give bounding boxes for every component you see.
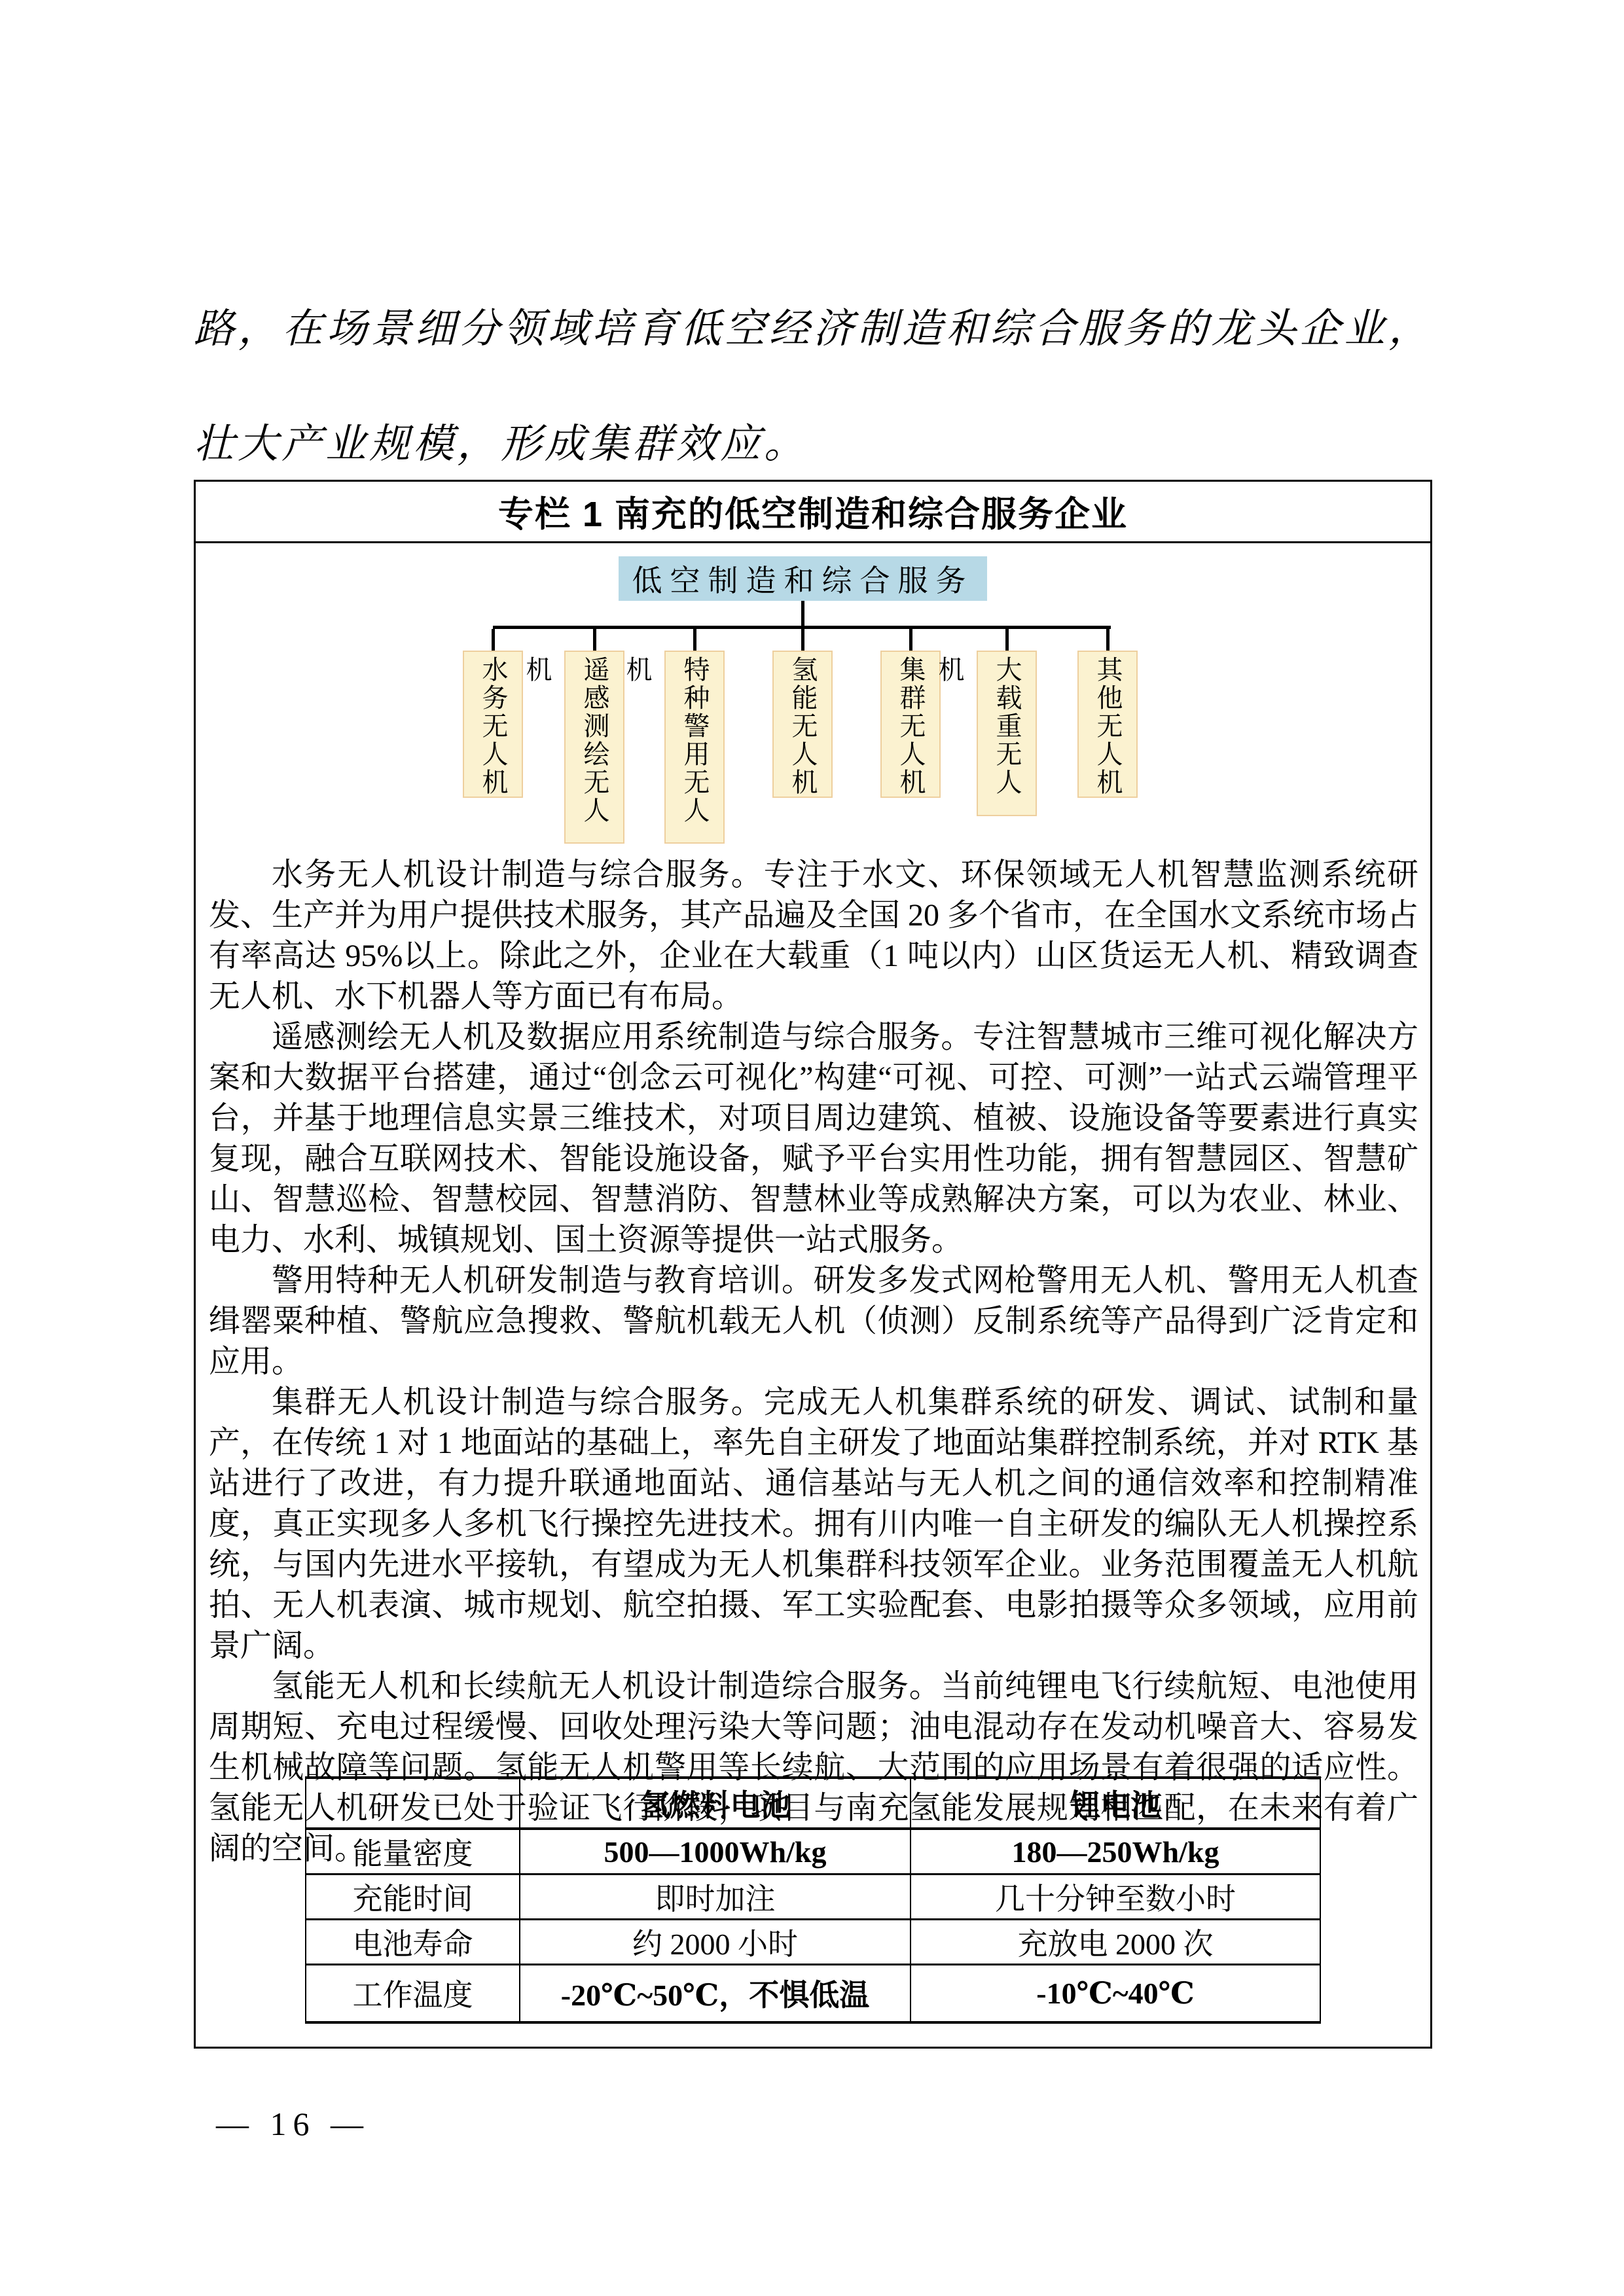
connector-line bbox=[909, 629, 912, 651]
table-row: 工作温度 -20℃~50℃，不惧低温 -10℃~40℃ bbox=[306, 1965, 1320, 2022]
table-cell: 180—250Wh/kg bbox=[911, 1829, 1320, 1874]
row-label: 能量密度 bbox=[306, 1829, 520, 1874]
row-label: 工作温度 bbox=[306, 1965, 520, 2022]
org-chart-root-box: 低空制造和综合服务 bbox=[619, 556, 987, 601]
battery-comparison-table: 氢燃料电池 锂电池 能量密度 500—1000Wh/kg 180—250Wh/k… bbox=[305, 1776, 1321, 2024]
table-cell: -10℃~40℃ bbox=[911, 1965, 1320, 2022]
connector-line bbox=[693, 629, 696, 651]
org-chart-child-box: 大载重无人机 bbox=[977, 651, 1037, 816]
body-paragraph: 水务无人机设计制造与综合服务。专注于水文、环保领域无人机智慧监测系统研发、生产并… bbox=[209, 855, 1418, 1017]
connector-line bbox=[801, 629, 804, 651]
table-cell: -20℃~50℃，不惧低温 bbox=[520, 1965, 911, 2022]
table-cell: 约 2000 小时 bbox=[520, 1920, 911, 1965]
connector-line bbox=[492, 629, 495, 651]
connector-line bbox=[1106, 629, 1110, 651]
panel-body: 水务无人机设计制造与综合服务。专注于水文、环保领域无人机智慧监测系统研发、生产并… bbox=[209, 855, 1418, 1869]
page-number: — 16 — bbox=[216, 2105, 370, 2143]
column-panel: 专栏 1 南充的低空制造和综合服务企业 低空制造和综合服务 水务无人机 遥感测绘… bbox=[194, 480, 1432, 2049]
table-cell: 充放电 2000 次 bbox=[911, 1920, 1320, 1965]
intro-paragraph: 路，在场景细分领域培育低空经济制造和综合服务的龙头企业，壮大产业规模，形成集群效… bbox=[194, 272, 1432, 502]
document-page: 路，在场景细分领域培育低空经济制造和综合服务的龙头企业，壮大产业规模，形成集群效… bbox=[0, 0, 1624, 2296]
table-header-cell: 氢燃料电池 bbox=[520, 1778, 911, 1829]
row-label: 充能时间 bbox=[306, 1874, 520, 1920]
table-cell: 即时加注 bbox=[520, 1874, 911, 1920]
org-chart-child-box: 氢能无人机 bbox=[772, 651, 833, 798]
connector-line bbox=[1005, 629, 1009, 651]
table-row: 充能时间 即时加注 几十分钟至数小时 bbox=[306, 1874, 1320, 1920]
connector-line bbox=[593, 629, 596, 651]
panel-title: 专栏 1 南充的低空制造和综合服务企业 bbox=[196, 482, 1430, 543]
org-chart-child-box: 特种警用无人机 bbox=[664, 651, 725, 844]
table-cell: 500—1000Wh/kg bbox=[520, 1829, 911, 1874]
table-header-cell: 锂电池 bbox=[911, 1778, 1320, 1829]
table-row: 能量密度 500—1000Wh/kg 180—250Wh/kg bbox=[306, 1829, 1320, 1874]
body-paragraph: 集群无人机设计制造与综合服务。完成无人机集群系统的研发、调试、试制和量产，在传统… bbox=[209, 1382, 1418, 1666]
body-paragraph: 遥感测绘无人机及数据应用系统制造与综合服务。专注智慧城市三维可视化解决方案和大数… bbox=[209, 1017, 1418, 1261]
row-label: 电池寿命 bbox=[306, 1920, 520, 1965]
body-paragraph: 警用特种无人机研发制造与教育培训。研发多发式网枪警用无人机、警用无人机查缉罂粟种… bbox=[209, 1261, 1418, 1382]
org-chart-child-box: 其他无人机 bbox=[1077, 651, 1138, 798]
table-cell: 几十分钟至数小时 bbox=[911, 1874, 1320, 1920]
table-row: 电池寿命 约 2000 小时 充放电 2000 次 bbox=[306, 1920, 1320, 1965]
connector-line bbox=[801, 601, 804, 627]
table-header-row: 氢燃料电池 锂电池 bbox=[306, 1778, 1320, 1829]
table-header-cell bbox=[306, 1778, 520, 1829]
